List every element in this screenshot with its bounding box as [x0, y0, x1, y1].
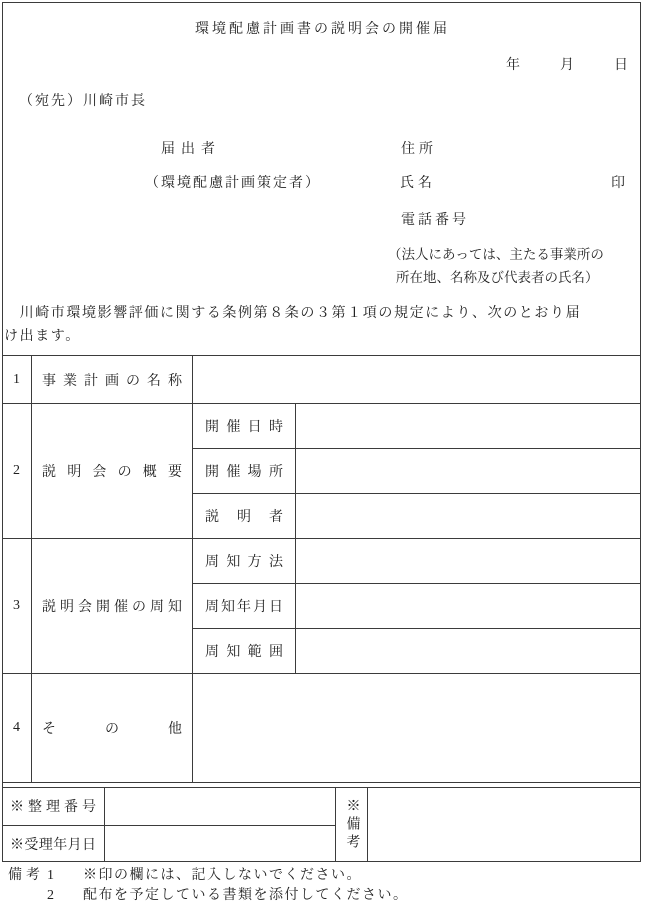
footnote-heading: 備考: [8, 866, 47, 886]
footnote-2: 2 配布を予定している書類を添付してください。: [8, 886, 409, 905]
subrow-announcement-method: 周知方法: [193, 539, 641, 584]
footnote-1: 備考 1 ※印の欄には、記入しないでください。: [8, 866, 409, 886]
table-row-other: 4 その他: [2, 674, 641, 783]
form-page: 環境配慮計画書の説明会の開催届 年 月 日 （宛先）川崎市長 届出者 （環境配慮…: [0, 0, 645, 905]
corporation-note-line1: （法人にあっては、主たる事業所の: [388, 244, 604, 267]
phone-label: 電話番号: [401, 209, 469, 229]
serial-number-label: ※整理番号: [2, 788, 105, 825]
main-table: 1 事業計画の名称 2 説明会の概要 開催日時 開催場所: [2, 355, 641, 783]
subrow-announcement-scope: 周知範囲: [193, 629, 641, 673]
row-label-meeting-summary: 説明会の概要: [32, 404, 193, 538]
announcement-scope-field[interactable]: [296, 629, 641, 673]
remarks-field[interactable]: [368, 788, 641, 862]
serial-number-row: ※整理番号: [2, 788, 335, 826]
office-use-table: ※整理番号 ※受理年月日 ※備考: [2, 787, 641, 862]
receipt-date-label: ※受理年月日: [2, 826, 105, 863]
row-number: 2: [2, 404, 32, 538]
name-label: 氏名: [400, 172, 436, 192]
table-row-meeting-summary: 2 説明会の概要 開催日時 開催場所: [2, 404, 641, 539]
row-label-project-name: 事業計画の名称: [32, 356, 193, 403]
table-row-project-name: 1 事業計画の名称: [2, 356, 641, 404]
announcement-date-field[interactable]: [296, 584, 641, 628]
serial-number-field[interactable]: [105, 788, 335, 825]
address-label: 住所: [401, 138, 437, 158]
corporation-note-line2: 所在地、名称及び代表者の氏名）: [388, 267, 604, 290]
declarant-label: 届出者: [161, 138, 221, 158]
date-day-label: 日: [614, 54, 628, 74]
body-paragraph-line2: け出ます。: [4, 325, 641, 348]
date-line: 年 月 日: [506, 54, 628, 74]
subrow-meeting-place: 開催場所: [193, 449, 641, 494]
row-number: 3: [2, 539, 32, 673]
receipt-date-field[interactable]: [105, 826, 335, 863]
presenter-field[interactable]: [296, 494, 641, 538]
body-paragraph: 川崎市環境影響評価に関する条例第８条の３第１項の規定により、次のとおり届 け出ま…: [4, 302, 641, 348]
corporation-note: （法人にあっては、主たる事業所の 所在地、名称及び代表者の氏名）: [388, 244, 604, 289]
subrow-label: 周知範囲: [193, 629, 296, 673]
page-title: 環境配慮計画書の説明会の開催届: [0, 18, 645, 38]
footnote-heading-spacer: [8, 886, 47, 905]
row-label-meeting-announcement: 説明会開催の周知: [32, 539, 193, 673]
body-paragraph-line1: 川崎市環境影響評価に関する条例第８条の３第１項の規定により、次のとおり届: [4, 302, 641, 325]
date-month-label: 月: [560, 54, 574, 74]
addressee: （宛先）川崎市長: [19, 90, 147, 110]
subrow-label: 周知年月日: [193, 584, 296, 628]
declarant-sublabel: （環境配慮計画策定者）: [145, 172, 321, 192]
seal-label: 印: [611, 172, 625, 192]
receipt-date-row: ※受理年月日: [2, 826, 335, 863]
row-label-other: その他: [32, 674, 193, 782]
footnote-1-number: 1: [47, 866, 83, 886]
row-number: 1: [2, 356, 32, 403]
row-number: 4: [2, 674, 32, 782]
remarks-label: ※備考: [342, 798, 362, 852]
announcement-method-field[interactable]: [296, 539, 641, 583]
subrow-label: 開催日時: [193, 404, 296, 448]
date-year-label: 年: [506, 54, 520, 74]
remarks-label-cell: ※備考: [336, 788, 368, 862]
footnote-2-text: 配布を予定している書類を添付してください。: [83, 886, 409, 905]
subrow-label: 周知方法: [193, 539, 296, 583]
subrow-label: 開催場所: [193, 449, 296, 493]
footnotes: 備考 1 ※印の欄には、記入しないでください。 2 配布を予定している書類を添付…: [8, 866, 409, 905]
footnote-2-number: 2: [47, 886, 83, 905]
subrow-meeting-datetime: 開催日時: [193, 404, 641, 449]
meeting-place-field[interactable]: [296, 449, 641, 493]
subrow-announcement-date: 周知年月日: [193, 584, 641, 629]
table-row-meeting-announcement: 3 説明会開催の周知 周知方法 周知年月日: [2, 539, 641, 674]
subrow-label: 説明者: [193, 494, 296, 538]
project-name-field[interactable]: [193, 356, 641, 403]
footnote-1-text: ※印の欄には、記入しないでください。: [83, 866, 362, 886]
subrow-presenter: 説明者: [193, 494, 641, 538]
meeting-datetime-field[interactable]: [296, 404, 641, 448]
other-field[interactable]: [193, 674, 641, 782]
